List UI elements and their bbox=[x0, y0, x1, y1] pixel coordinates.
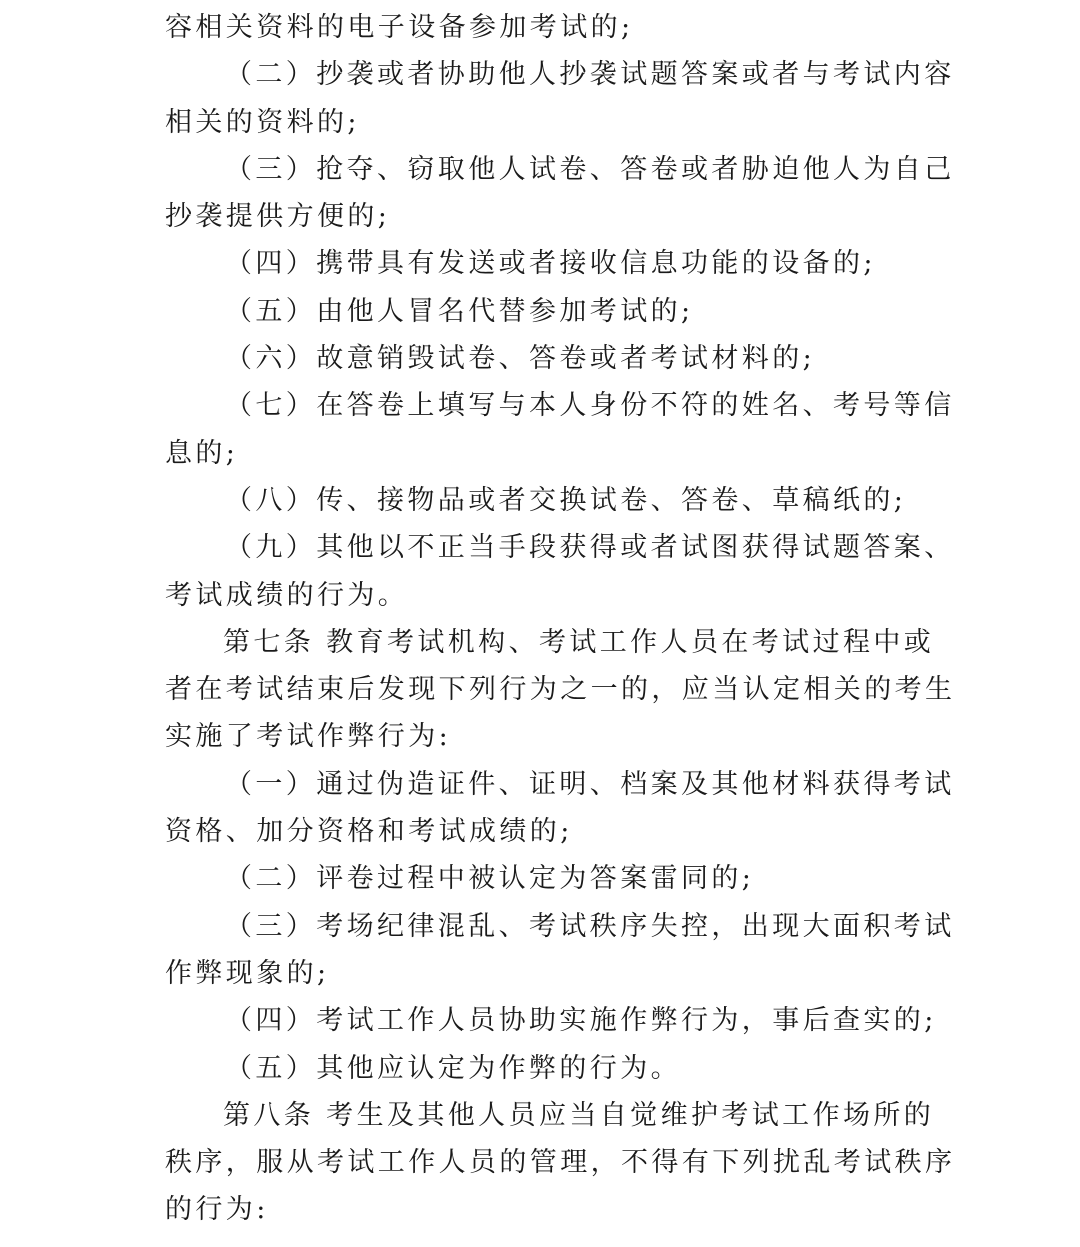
article-7-heading: 第七条 教育考试机构、考试工作人员在考试过程中或 bbox=[165, 619, 925, 666]
article-7-item-2: （二）评卷过程中被认定为答案雷同的; bbox=[165, 855, 925, 902]
text-line-continuation: 容相关资料的电子设备参加考试的; bbox=[165, 4, 925, 51]
article-7-item-3: （三）考场纪律混乱、考试秩序失控，出现大面积考试 bbox=[165, 903, 925, 950]
list-item-6: （六）故意销毁试卷、答卷或者考试材料的; bbox=[165, 335, 925, 382]
list-item-9: （九）其他以不正当手段获得或者试图获得试题答案、 bbox=[165, 524, 925, 571]
list-item-5: （五）由他人冒名代替参加考试的; bbox=[165, 288, 925, 335]
list-item-4: （四）携带具有发送或者接收信息功能的设备的; bbox=[165, 240, 925, 287]
list-item-7: （七）在答卷上填写与本人身份不符的姓名、考号等信 bbox=[165, 382, 925, 429]
article-8-heading: 第八条 考生及其他人员应当自觉维护考试工作场所的 bbox=[165, 1092, 925, 1139]
list-item-2: （二）抄袭或者协助他人抄袭试题答案或者与考试内容 bbox=[165, 51, 925, 98]
text-line-continuation: 的行为: bbox=[165, 1186, 925, 1233]
text-line-continuation: 抄袭提供方便的; bbox=[165, 193, 925, 240]
text-line-continuation: 实施了考试作弊行为: bbox=[165, 713, 925, 760]
text-line-continuation: 作弊现象的; bbox=[165, 950, 925, 997]
text-line-continuation: 资格、加分资格和考试成绩的; bbox=[165, 808, 925, 855]
text-line-continuation: 相关的资料的; bbox=[165, 99, 925, 146]
document-page: 容相关资料的电子设备参加考试的; （二）抄袭或者协助他人抄袭试题答案或者与考试内… bbox=[165, 4, 925, 1234]
text-line-continuation: 考试成绩的行为。 bbox=[165, 572, 925, 619]
text-line-continuation: 者在考试结束后发现下列行为之一的，应当认定相关的考生 bbox=[165, 666, 925, 713]
text-line-continuation: 息的; bbox=[165, 430, 925, 477]
article-7-item-5: （五）其他应认定为作弊的行为。 bbox=[165, 1045, 925, 1092]
list-item-8: （八）传、接物品或者交换试卷、答卷、草稿纸的; bbox=[165, 477, 925, 524]
list-item-3: （三）抢夺、窃取他人试卷、答卷或者胁迫他人为自己 bbox=[165, 146, 925, 193]
text-line-continuation: 秩序，服从考试工作人员的管理，不得有下列扰乱考试秩序 bbox=[165, 1139, 925, 1186]
article-7-item-1: （一）通过伪造证件、证明、档案及其他材料获得考试 bbox=[165, 761, 925, 808]
article-7-item-4: （四）考试工作人员协助实施作弊行为，事后查实的; bbox=[165, 997, 925, 1044]
